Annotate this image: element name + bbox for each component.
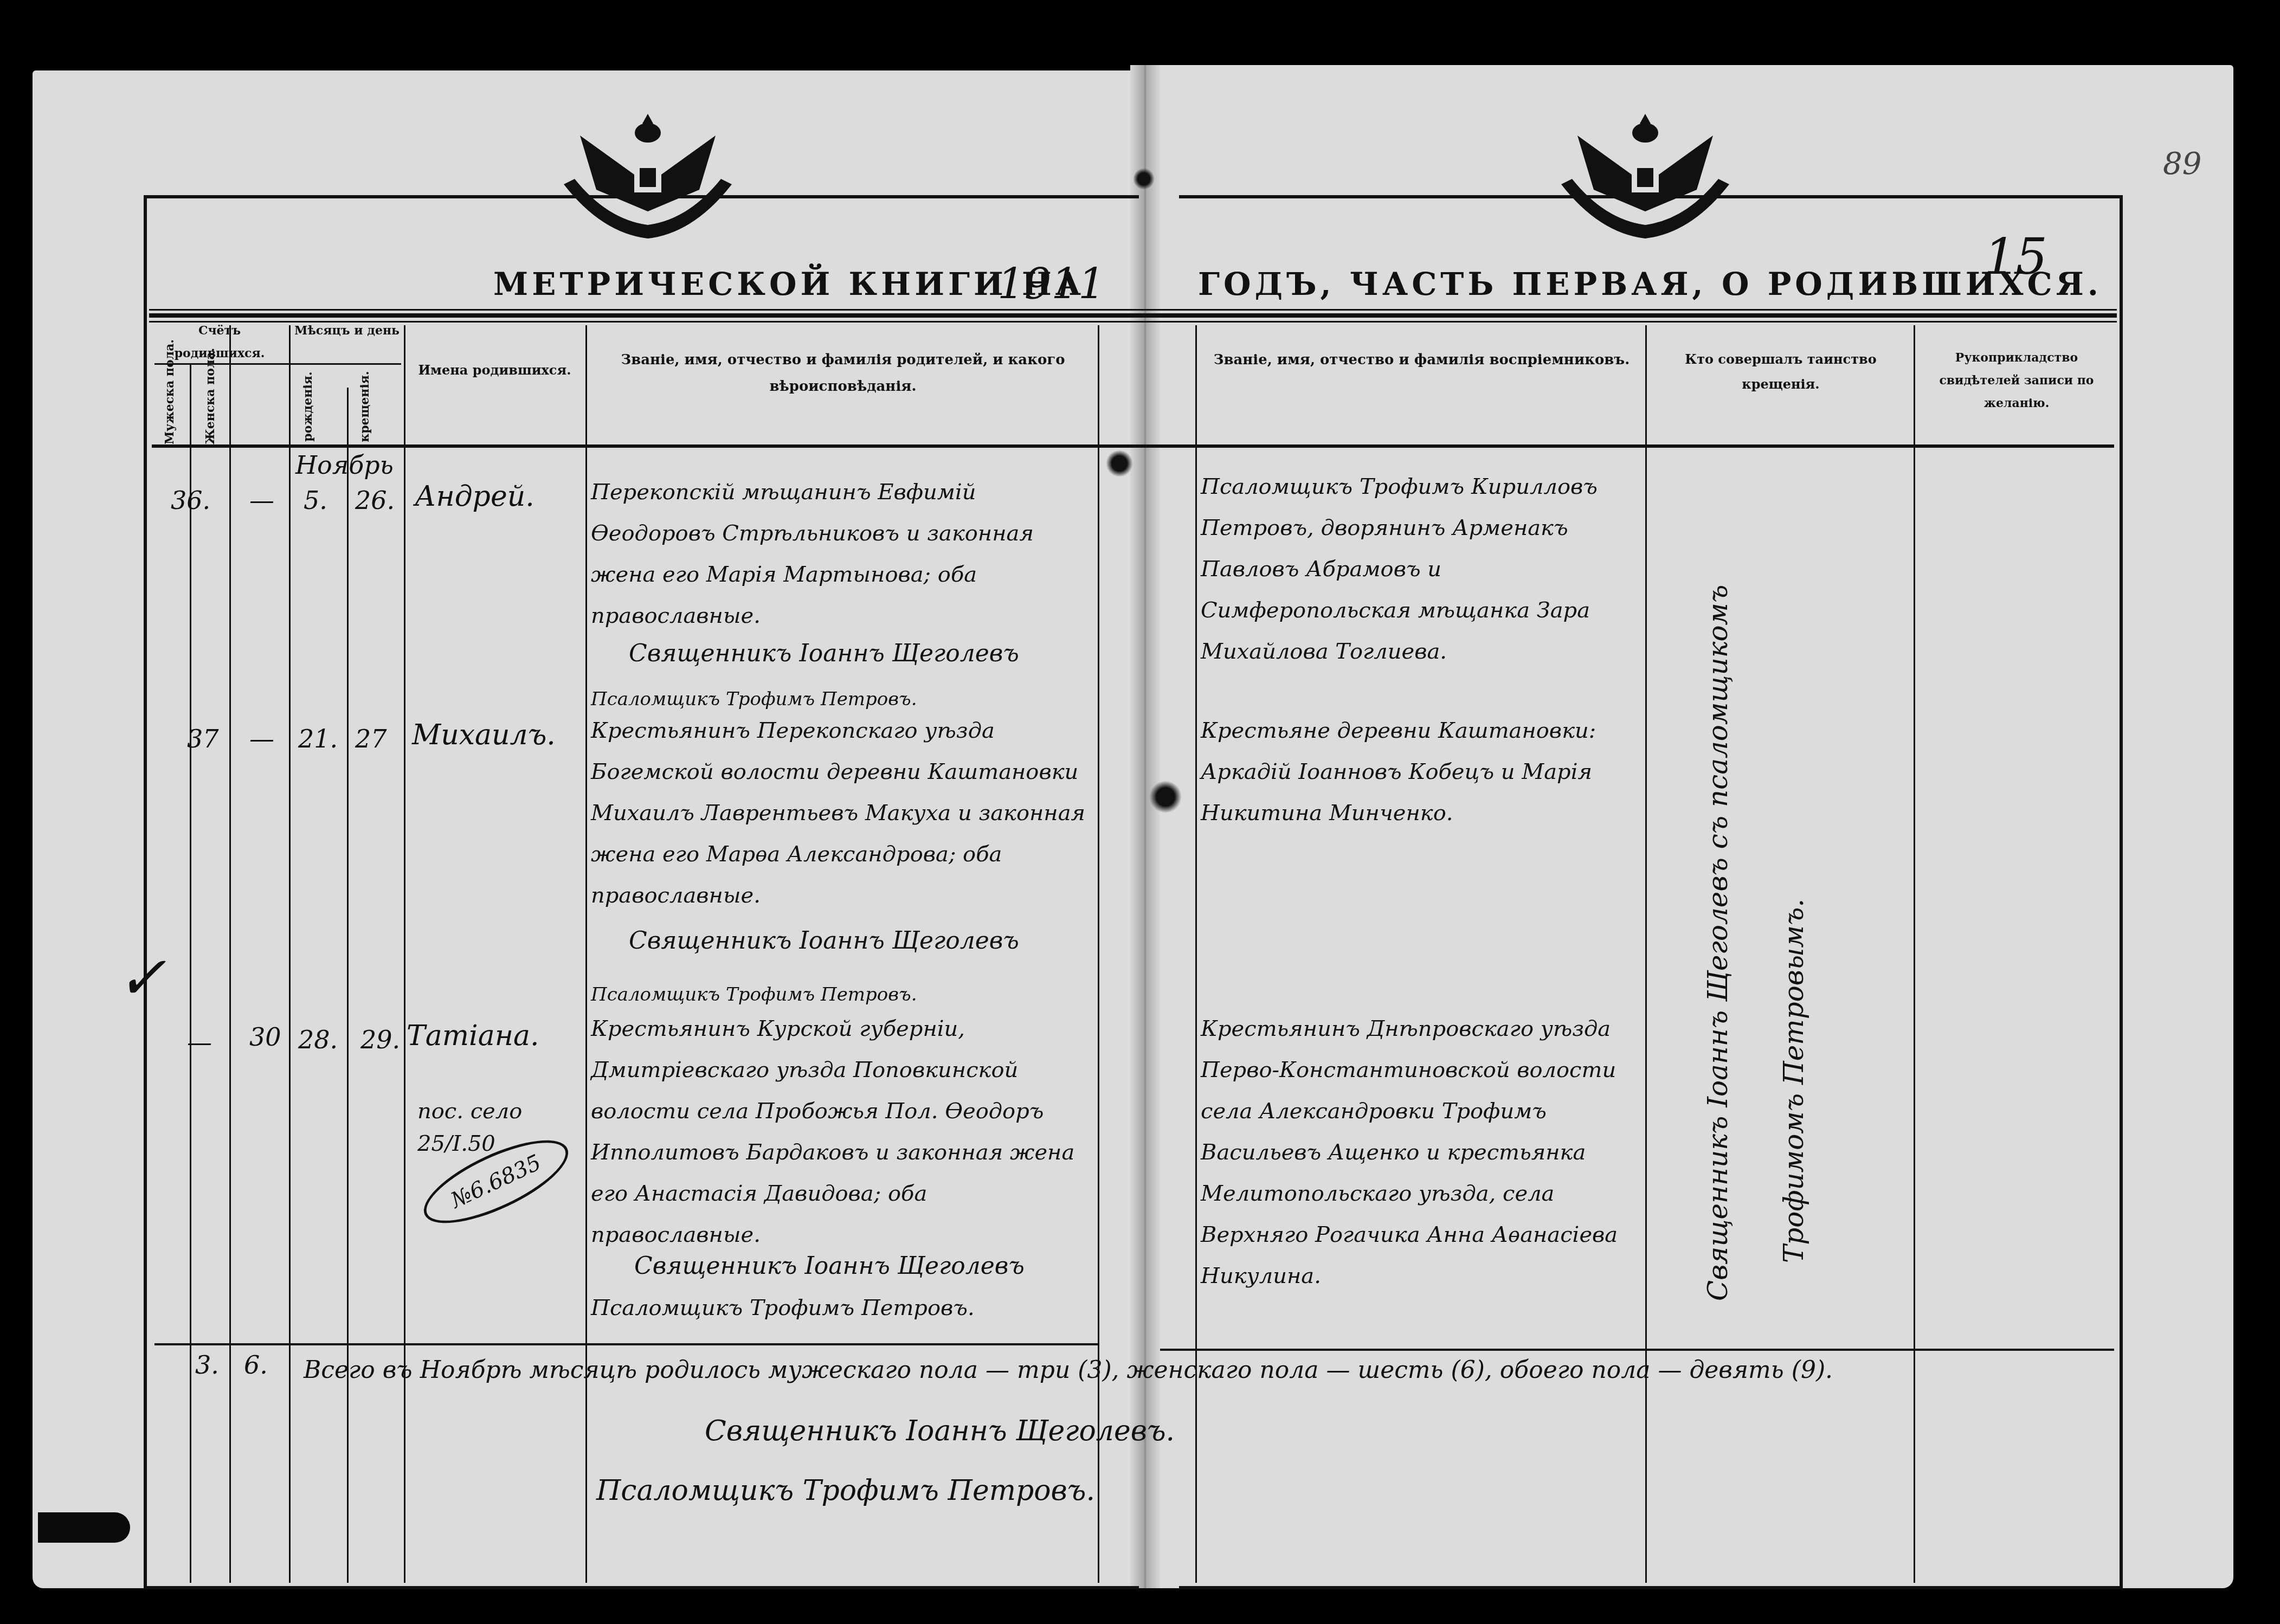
summary-male-total: 3. [195, 1352, 219, 1377]
record-3-name: Татіана. [407, 1022, 539, 1050]
column-divider [289, 325, 291, 1583]
header-birth-day: рожденія. [301, 369, 315, 444]
record-1-birth-day: 5. [304, 488, 327, 513]
performed-by-line-1: Священникъ Іоаннъ Щеголевъ съ псаломщико… [1702, 585, 1734, 1301]
summary-psalmist-signature: Псаломщикъ Трофимъ Петровъ. [596, 1474, 1095, 1507]
month-label: Ноябрь [295, 453, 394, 478]
header-month-group: Мѣсяцъ и день [293, 320, 401, 343]
header-godparents: Званіе, имя, отчество и фамилія воспріем… [1201, 347, 1643, 373]
header-baptism-day: крещенія. [358, 369, 372, 444]
column-divider [1195, 325, 1197, 1583]
column-divider [190, 363, 191, 1583]
summary-female-total: 6. [244, 1352, 268, 1377]
record-3-baptism-day: 29. [360, 1027, 400, 1052]
summary-text: Всего въ Ноябрѣ мѣсяцѣ родилось мужескаг… [304, 1350, 2114, 1391]
ink-blot [1133, 168, 1155, 190]
record-3-parents-signature-2: Псаломщикъ Трофимъ Петровъ. [591, 1296, 975, 1320]
record-2-name: Михаилъ. [412, 721, 556, 749]
summary-rule [154, 1343, 1098, 1345]
record-2-parents-signature: Священникъ Іоаннъ Щеголевъ [629, 927, 1019, 955]
summary-priest-signature: Священникъ Іоаннъ Щеголевъ. [705, 1415, 1175, 1447]
record-2-female-no: — [249, 726, 274, 751]
record-1-female-no: — [249, 488, 274, 513]
title-rule [149, 309, 2117, 311]
record-2-baptism-day: 27 [355, 726, 387, 751]
header-names: Имена родившихся. [407, 358, 583, 383]
header-parents: Званіе, имя, отчество и фамилія родителе… [591, 347, 1095, 401]
column-divider [347, 388, 349, 1583]
binding-tab [38, 1512, 130, 1543]
margin-checkmark: ✓ [117, 943, 166, 1013]
record-1-parents-signature: Священникъ Іоаннъ Щеголевъ [629, 640, 1019, 667]
archive-folio-number: 89 [2163, 146, 2201, 182]
column-divider [404, 325, 405, 1583]
record-2-male-no: 37 [187, 726, 219, 751]
performed-by-line-2: Трофимомъ Петровымъ. [1778, 899, 1809, 1263]
page-title-left: МЕТРИЧЕСКОЙ КНИГИ НА [493, 266, 1085, 302]
title-rule [149, 321, 2117, 323]
record-1-baptism-day: 26. [355, 488, 395, 513]
header-bottom-rule [152, 444, 2114, 448]
ink-blot [1106, 450, 1133, 477]
year-value: 1911 [997, 260, 1105, 309]
header-count-female: Женска пола. [203, 369, 217, 444]
page-number: 15 [1984, 228, 2047, 286]
record-2-godparents: Крестьяне деревни Каштановки: Аркадій Іо… [1201, 710, 1643, 834]
header-performed-by: Кто совершалъ таинство крещенія. [1651, 347, 1911, 396]
column-divider [1098, 325, 1099, 1583]
record-2-parents: Крестьянинъ Перекопскаго уѣзда Богемской… [591, 710, 1095, 916]
column-divider [1914, 325, 1915, 1583]
title-rule [149, 313, 2117, 318]
record-3-female-no: 30 [249, 1024, 281, 1049]
header-count-male: Мужеска пола. [163, 369, 177, 444]
record-2-birth-day: 21. [298, 726, 338, 751]
column-divider [229, 325, 231, 1583]
record-3-parents-signature: Священникъ Іоаннъ Щеголевъ [634, 1252, 1025, 1280]
record-1-godparents: Псаломщикъ Трофимъ Кирилловъ Петровъ, дв… [1201, 466, 1643, 672]
column-divider [585, 325, 587, 1583]
record-1-male-no: 36. [171, 488, 210, 513]
record-1-name: Андрей. [415, 482, 534, 511]
record-2-parents-note: Псаломщикъ Трофимъ Петровъ. [591, 686, 1095, 713]
page-title-right: ГОДЪ, ЧАСТЬ ПЕРВАЯ, О РОДИВШИХСЯ. [1198, 266, 2102, 302]
column-divider [1645, 325, 1647, 1583]
record-3-godparents: Крестьянинъ Днѣпровскаго уѣзда Перво-Кон… [1201, 1008, 1643, 1297]
ink-blot [1149, 781, 1182, 813]
record-3-male-no: — [187, 1030, 212, 1055]
record-3-parents: Крестьянинъ Курской губерніи, Дмитріевск… [591, 1008, 1095, 1255]
record-3-parents-note: Псаломщикъ Трофимъ Петровъ. [591, 981, 1095, 1008]
record-3-birth-day: 28. [298, 1027, 338, 1052]
record-1-parents: Перекопскій мѣщанинъ Евфимій Өеодоровъ С… [591, 472, 1095, 636]
header-witness-signatures: Рукоприкладство свидѣтелей записи по жел… [1919, 347, 2114, 415]
